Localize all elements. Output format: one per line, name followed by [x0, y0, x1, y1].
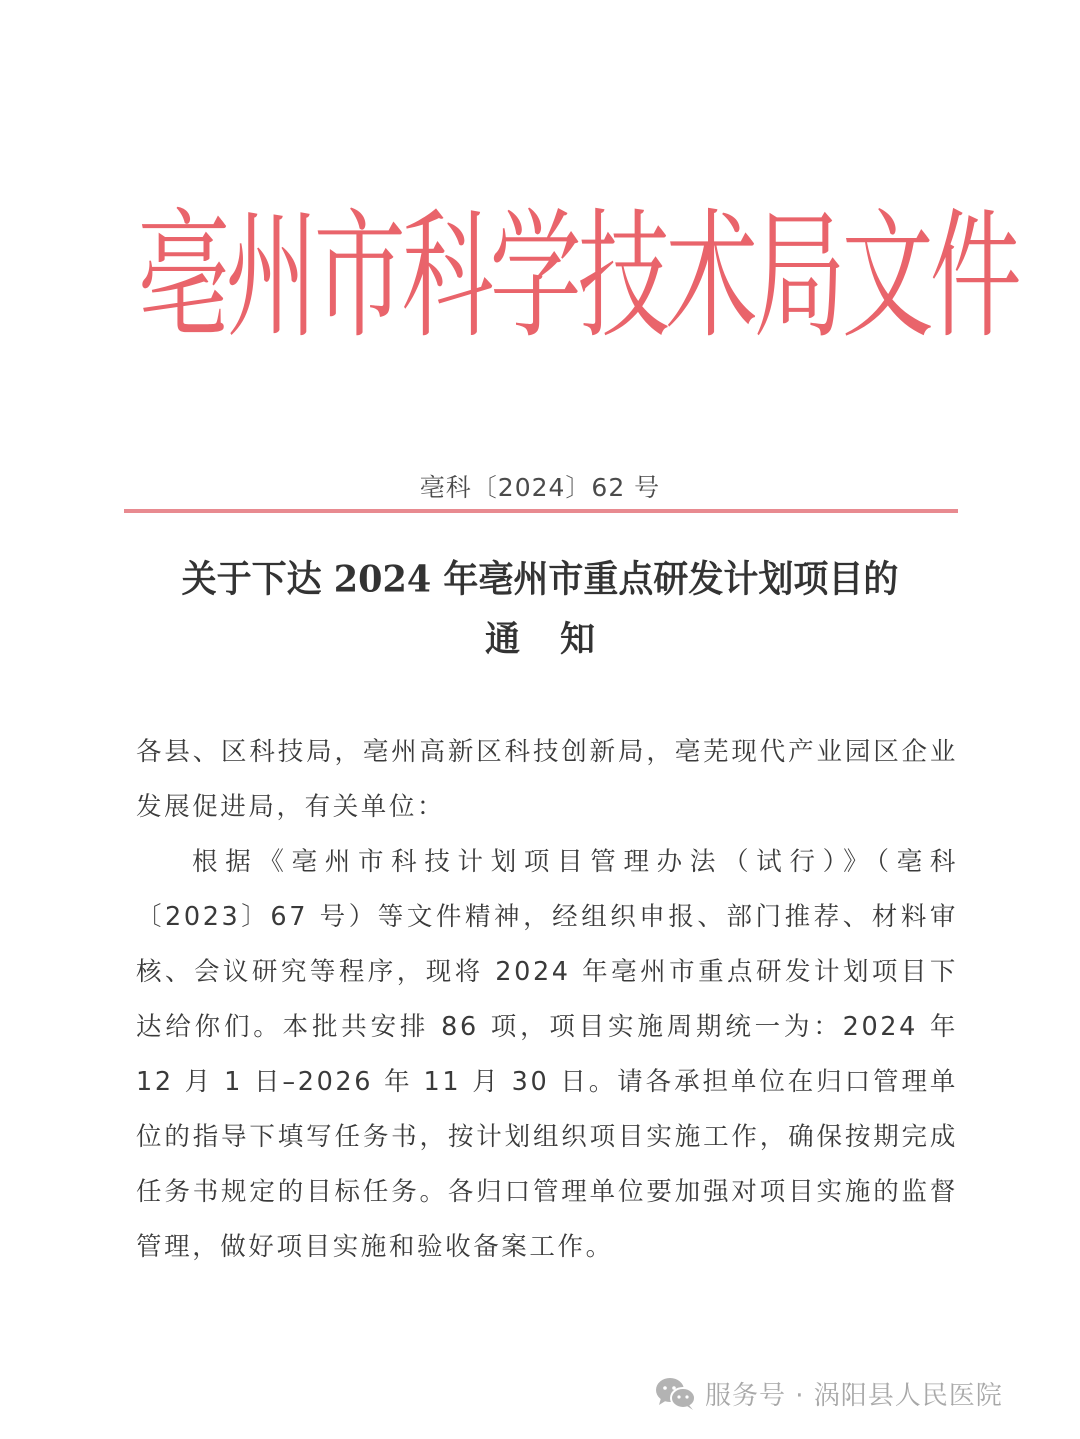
issuer-char: 技 — [578, 182, 647, 371]
watermark-text: 服务号 · 涡阳县人民医院 — [705, 1375, 1003, 1412]
document-page: 亳 州 市 科 学 技 术 局 文 件 亳科〔2024〕62 号 关于下达 20… — [0, 0, 1080, 1439]
issuer-char: 亳 — [138, 182, 207, 371]
issuer-char: 局 — [754, 182, 823, 371]
issuer-char: 科 — [402, 182, 471, 371]
issuer-char: 州 — [226, 182, 295, 371]
document-title: 关于下达 2024 年亳州市重点研发计划项目的 — [0, 551, 1080, 604]
issuer-header: 亳 州 市 科 学 技 术 局 文 件 — [128, 182, 958, 371]
document-title-line2: 通知 — [0, 612, 1080, 662]
issuer-char: 文 — [842, 182, 911, 371]
issuer-char: 市 — [314, 182, 383, 371]
salutation: 各县、区科技局，亳州高新区科技创新局，亳芜现代产业园区企业发展促进局，有关单位： — [136, 725, 958, 835]
document-body: 各县、区科技局，亳州高新区科技创新局，亳芜现代产业园区企业发展促进局，有关单位：… — [136, 725, 958, 1275]
document-number: 亳科〔2024〕62 号 — [0, 468, 1080, 504]
account-watermark: 服务号 · 涡阳县人民医院 — [655, 1375, 1003, 1412]
body-paragraph: 根据《亳州市科技计划项目管理办法（试行）》（亳科〔2023〕67 号）等文件精神… — [136, 835, 958, 1275]
issuer-char: 件 — [930, 182, 999, 371]
red-divider — [124, 509, 958, 513]
issuer-char: 学 — [490, 182, 559, 371]
wechat-icon — [655, 1376, 697, 1412]
issuer-char: 术 — [666, 182, 735, 371]
